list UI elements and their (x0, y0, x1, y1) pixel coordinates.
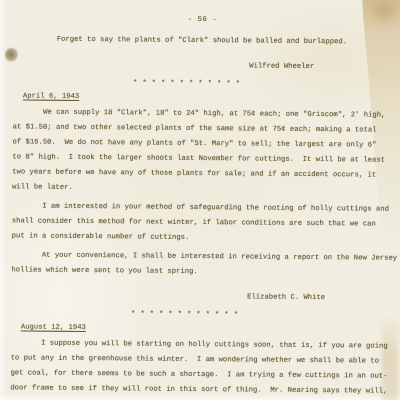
scanned-letter-page: - 56 - Forget to say the plants of "Clar… (0, 0, 400, 400)
page-number: - 56 - (14, 11, 392, 29)
typed-line: Forget to say the plants of "Clark" shou… (13, 32, 391, 50)
date-heading: August 12, 1943 (21, 320, 389, 338)
signature: Elizabeth C. White (11, 288, 389, 306)
date-heading: April 6, 1943 (23, 89, 391, 107)
signature: Wilfred Wheeler (13, 57, 391, 75)
